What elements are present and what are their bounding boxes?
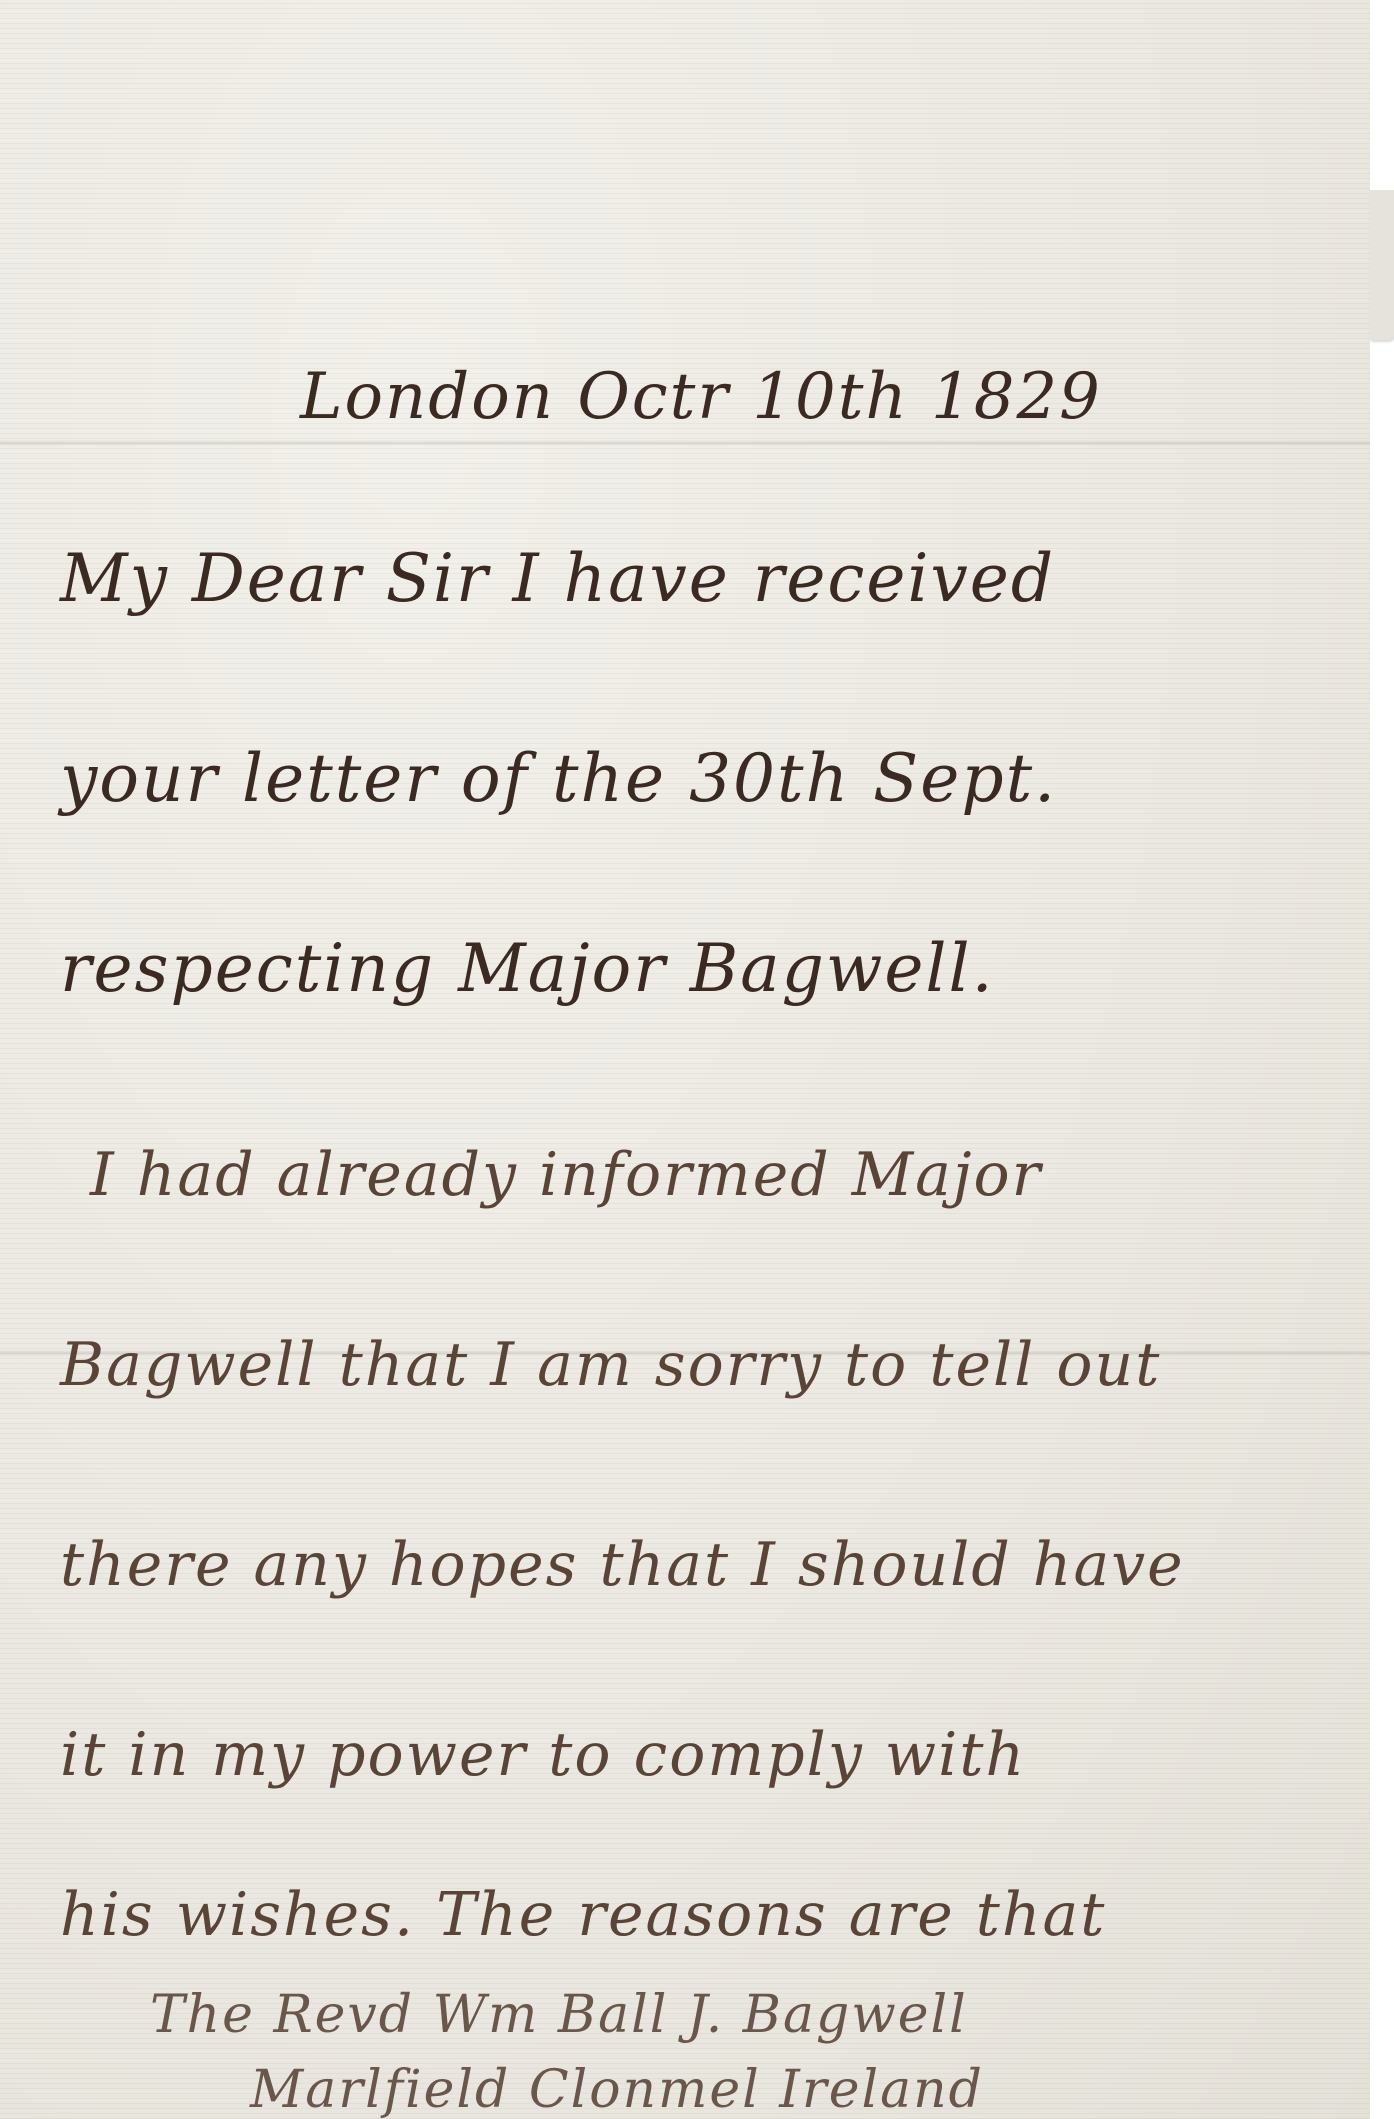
fold-crease [0,440,1370,446]
address-line: The Revd Wm Ball J. Bagwell [150,1985,968,2045]
body-line: My Dear Sir I have received [60,540,1055,617]
body-line: I had already informed Major [90,1140,1042,1210]
underlying-sheet-edge [1370,190,1394,340]
body-line: there any hopes that I should have [60,1530,1185,1600]
letter-page: London Octr 10th 1829 My Dear Sir I have… [0,0,1370,2119]
body-line: it in my power to comply with [60,1720,1026,1790]
address-line: Marlfield Clonmel Ireland [250,2060,984,2119]
body-line: respecting Major Bagwell. [60,930,995,1007]
body-line: your letter of the 30th Sept. [60,740,1057,817]
dateline: London Octr 10th 1829 [300,360,1102,434]
body-line: Bagwell that I am sorry to tell out [60,1330,1161,1400]
body-line: his wishes. The reasons are that [60,1880,1106,1950]
